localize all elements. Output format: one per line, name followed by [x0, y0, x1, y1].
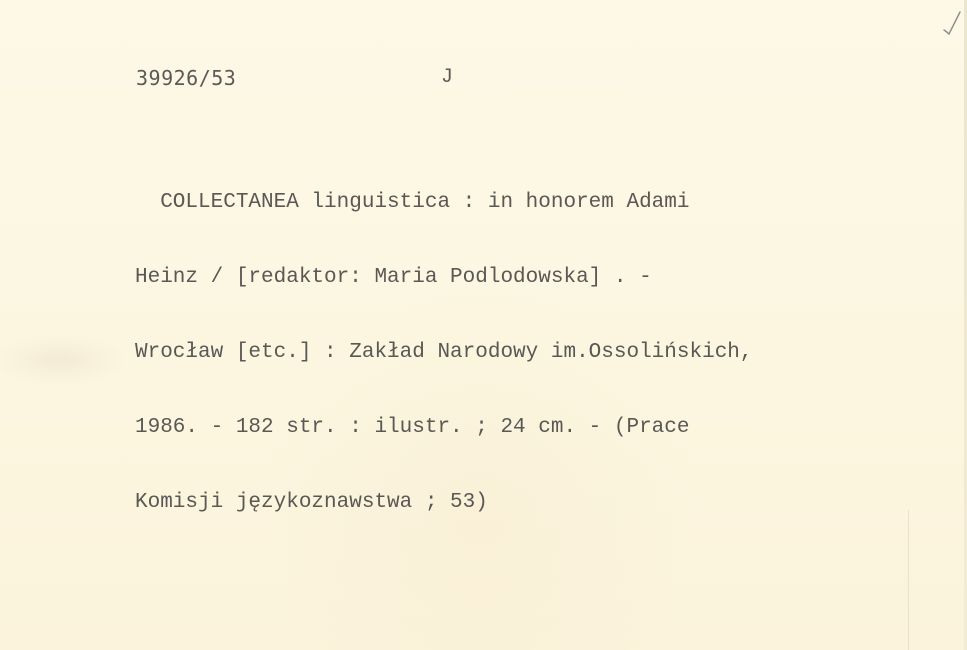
- section-letter: J: [441, 66, 453, 89]
- entry-line-physical: 1986. - 182 str. : ilustr. ; 24 cm. - (P…: [135, 415, 753, 440]
- checkmark-icon: [942, 10, 962, 36]
- paper-crease: [908, 510, 909, 650]
- entry-line-series: Komisji językoznawstwa ; 53): [135, 490, 753, 515]
- catalog-card: 39926/53 J COLLECTANEA linguistica : in …: [0, 0, 967, 650]
- call-number: 39926/53: [136, 66, 236, 90]
- entry-line-editor: Heinz / [redaktor: Maria Podlodowska] . …: [135, 265, 753, 290]
- bibliographic-entry: COLLECTANEA linguistica : in honorem Ada…: [135, 140, 753, 565]
- entry-line-title: COLLECTANEA linguistica : in honorem Ada…: [135, 190, 753, 215]
- entry-line-publisher: Wrocław [etc.] : Zakład Narodowy im.Osso…: [135, 340, 753, 365]
